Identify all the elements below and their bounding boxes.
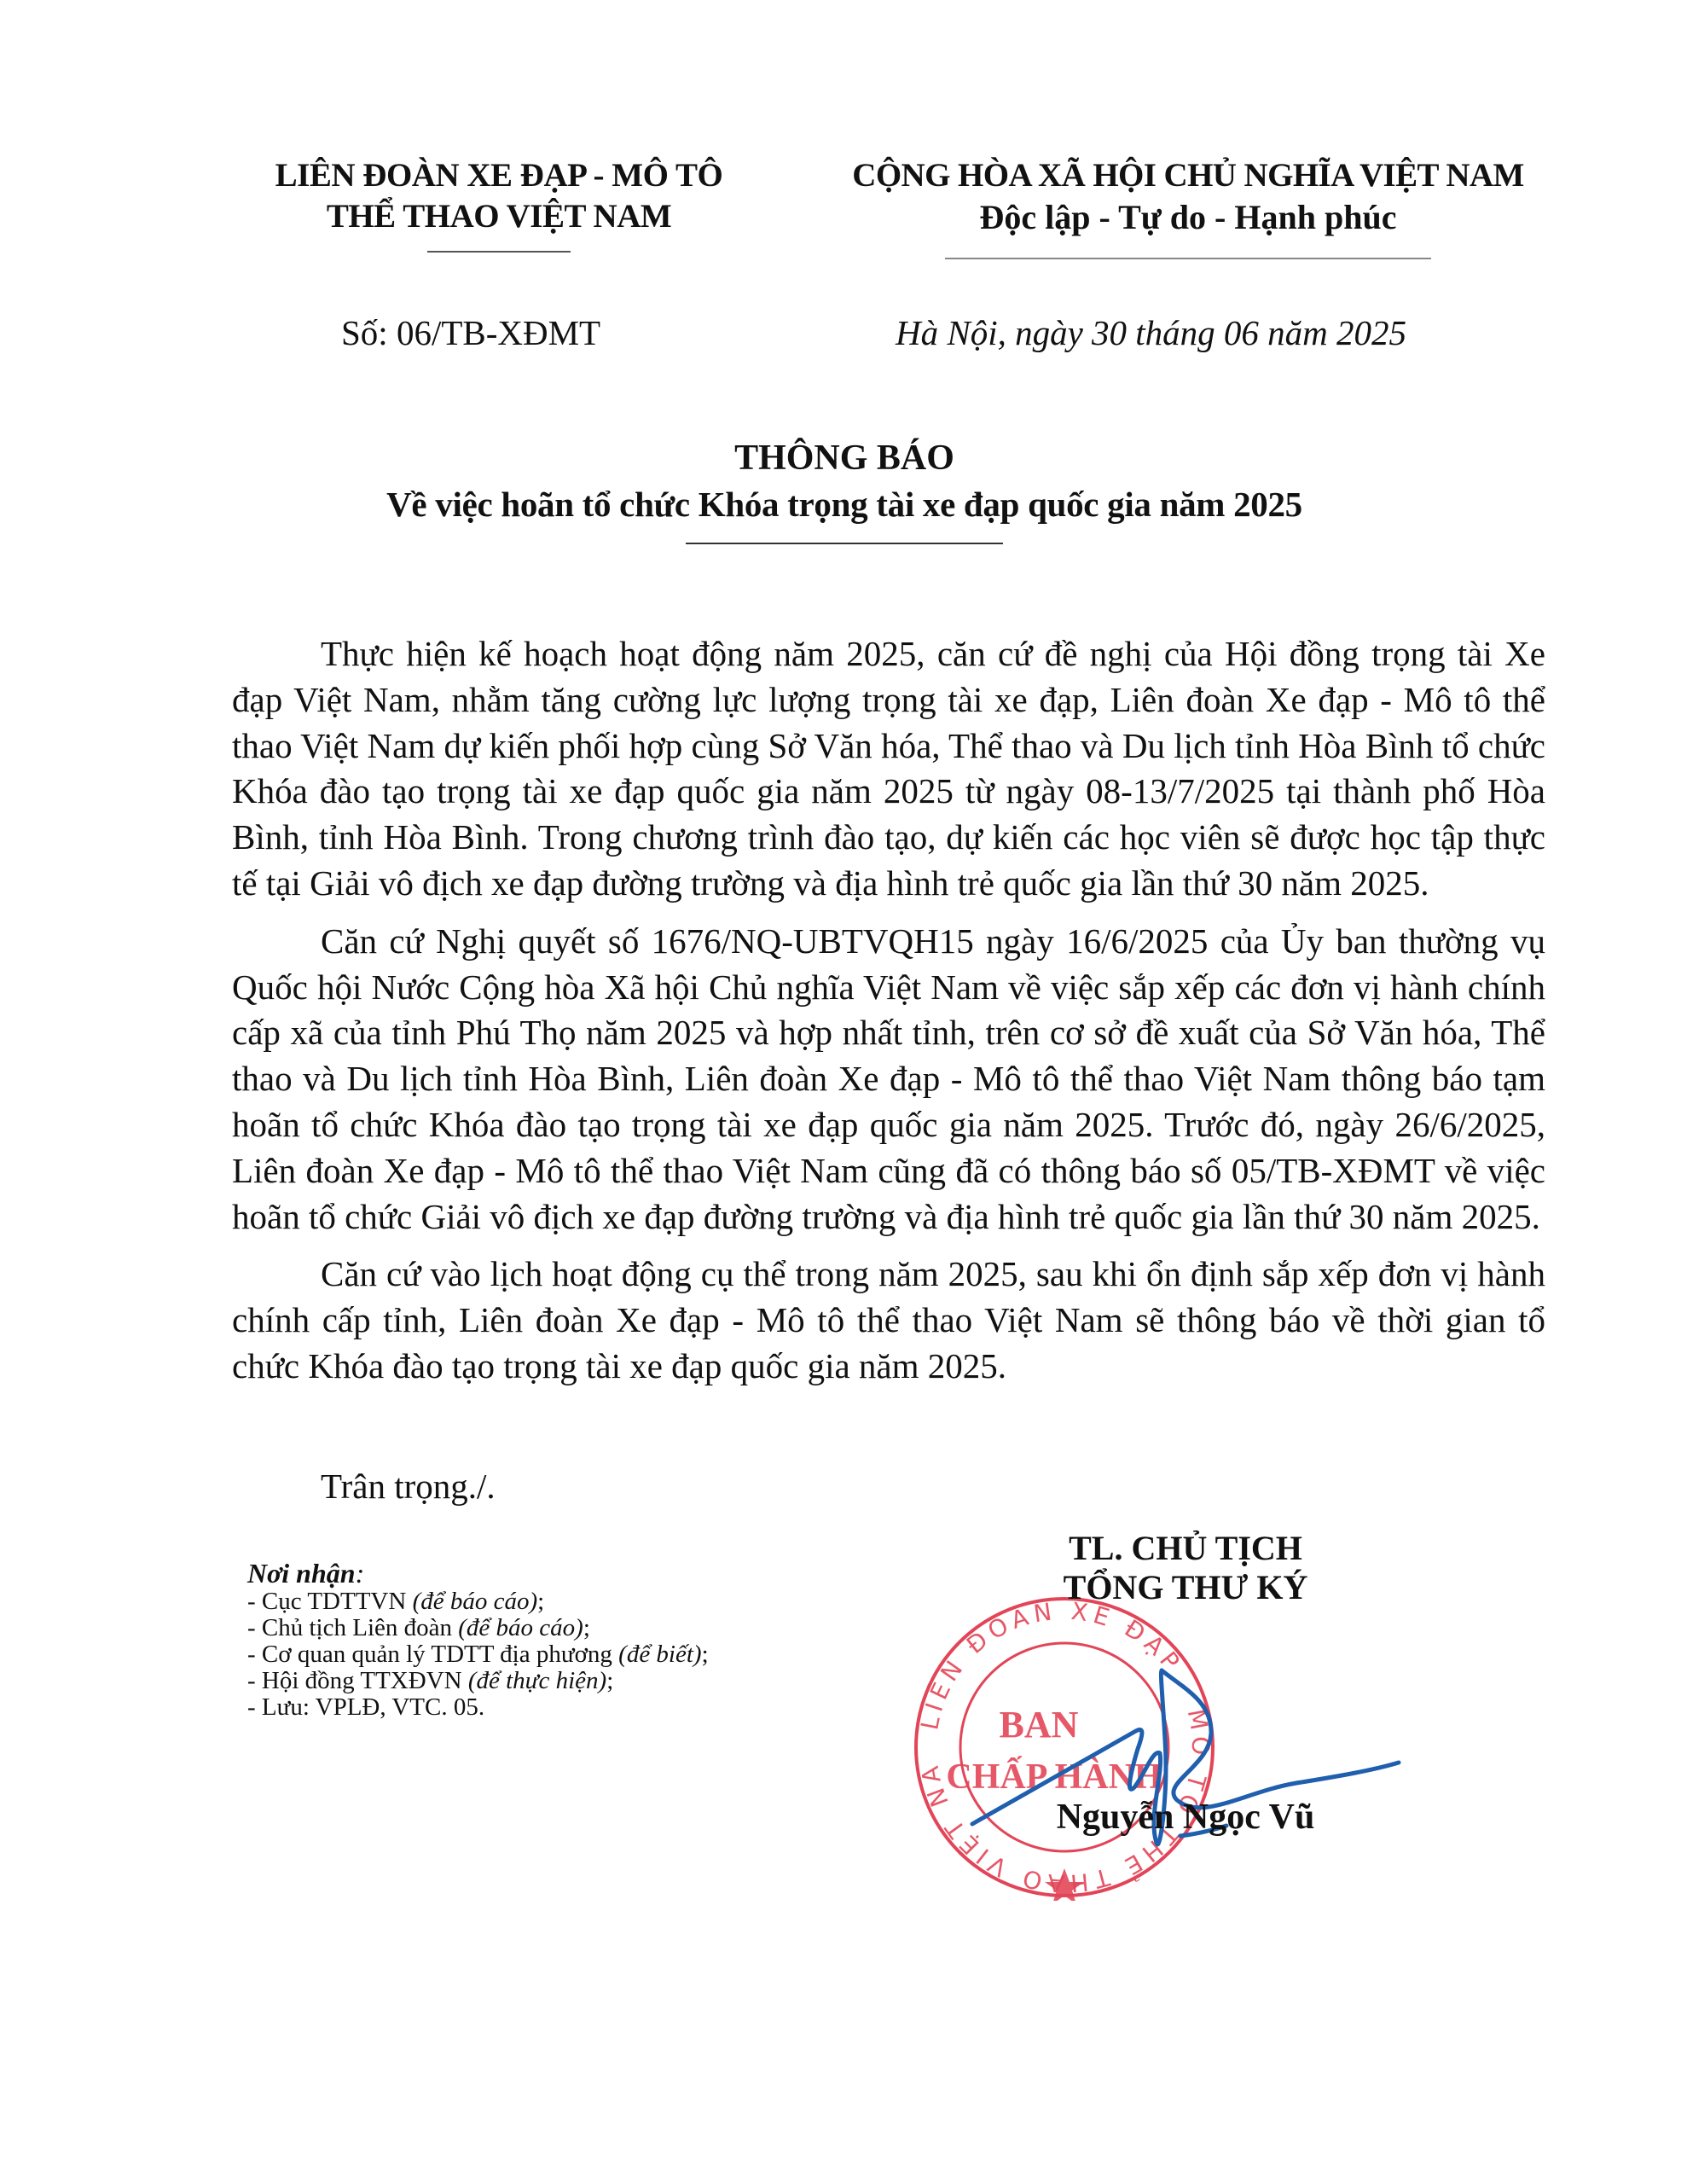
recipient-name: - Cục TDTTVN (247, 1588, 413, 1615)
recipient-note: (để biết) (618, 1641, 701, 1668)
recipients-list: Nơi nhận: - Cục TDTTVN (để báo cáo); - C… (247, 1558, 896, 1721)
recipient-item: - Cơ quan quản lý TDTT địa phương (để bi… (247, 1641, 896, 1668)
signer-on-behalf: TL. CHỦ TỊCH (972, 1529, 1399, 1568)
recipients-heading: Nơi nhận: (247, 1558, 896, 1589)
body-paragraph: Căn cứ Nghị quyết số 1676/NQ-UBTVQH15 ng… (232, 919, 1545, 1240)
title-type: THÔNG BÁO (230, 435, 1458, 481)
recipient-item: - Cục TDTTVN (để báo cáo); (247, 1589, 896, 1615)
org-name-line2: THỂ THAO VIỆT NAM (217, 196, 780, 237)
recipient-note: (để báo cáo) (458, 1614, 583, 1641)
recipient-end: ; (537, 1588, 544, 1615)
recipient-item: - Lưu: VPLĐ, VTC. 05. (247, 1694, 896, 1721)
signer-name: Nguyễn Ngọc Vũ (972, 1797, 1399, 1838)
closing-salutation: Trân trọng./. (321, 1466, 496, 1507)
title-underline (686, 543, 1003, 544)
motto-underline (945, 258, 1431, 259)
issuing-organization: LIÊN ĐOÀN XE ĐẠP - MÔ TÔ THỂ THAO VIỆT N… (217, 155, 780, 253)
recipient-end: ; (583, 1614, 590, 1641)
recipient-name: - Hội đồng TTXĐVN (247, 1667, 468, 1694)
recipient-name: - Cơ quan quản lý TDTT địa phương (247, 1641, 618, 1668)
title-subject: Về việc hoãn tổ chức Khóa trọng tài xe đ… (230, 481, 1458, 527)
recipient-end: ; (606, 1667, 613, 1694)
recipient-item: - Hội đồng TTXĐVN (để thực hiện); (247, 1668, 896, 1694)
recipient-name: - Lưu: VPLĐ, VTC. 05. (247, 1693, 484, 1721)
recipient-note: (để thực hiện) (468, 1667, 606, 1694)
document-title: THÔNG BÁO Về việc hoãn tổ chức Khóa trọn… (230, 435, 1458, 544)
recipient-name: - Chủ tịch Liên đoàn (247, 1614, 458, 1641)
body-paragraph: Căn cứ vào lịch hoạt động cụ thể trong n… (232, 1252, 1545, 1389)
handwritten-signature-icon (955, 1638, 1433, 1894)
document-date: Hà Nội, ngày 30 tháng 06 năm 2025 (896, 312, 1406, 353)
body-paragraph: Thực hiện kế hoạch hoạt động năm 2025, c… (232, 631, 1545, 907)
recipient-end: ; (702, 1641, 709, 1668)
org-underline (427, 251, 571, 253)
national-header: CỘNG HÒA XÃ HỘI CHỦ NGHĨA VIỆT NAM Độc l… (817, 155, 1559, 259)
recipient-note: (để báo cáo) (413, 1588, 538, 1615)
signer-position: TỔNG THƯ KÝ (972, 1568, 1399, 1607)
document-body: Thực hiện kế hoạch hoạt động năm 2025, c… (232, 631, 1545, 1402)
recipient-item: - Chủ tịch Liên đoàn (để báo cáo); (247, 1615, 896, 1641)
national-motto: Độc lập - Tự do - Hạnh phúc (817, 196, 1559, 239)
nation-name: CỘNG HÒA XÃ HỘI CHỦ NGHĨA VIỆT NAM (817, 155, 1559, 196)
document-number: Số: 06/TB-XĐMT (341, 312, 600, 353)
org-name-line1: LIÊN ĐOÀN XE ĐẠP - MÔ TÔ (217, 155, 780, 196)
recipients-heading-text: Nơi nhận (247, 1558, 356, 1589)
recipients-heading-colon: : (356, 1558, 365, 1589)
signer-title-block: TL. CHỦ TỊCH TỔNG THƯ KÝ (972, 1529, 1399, 1607)
